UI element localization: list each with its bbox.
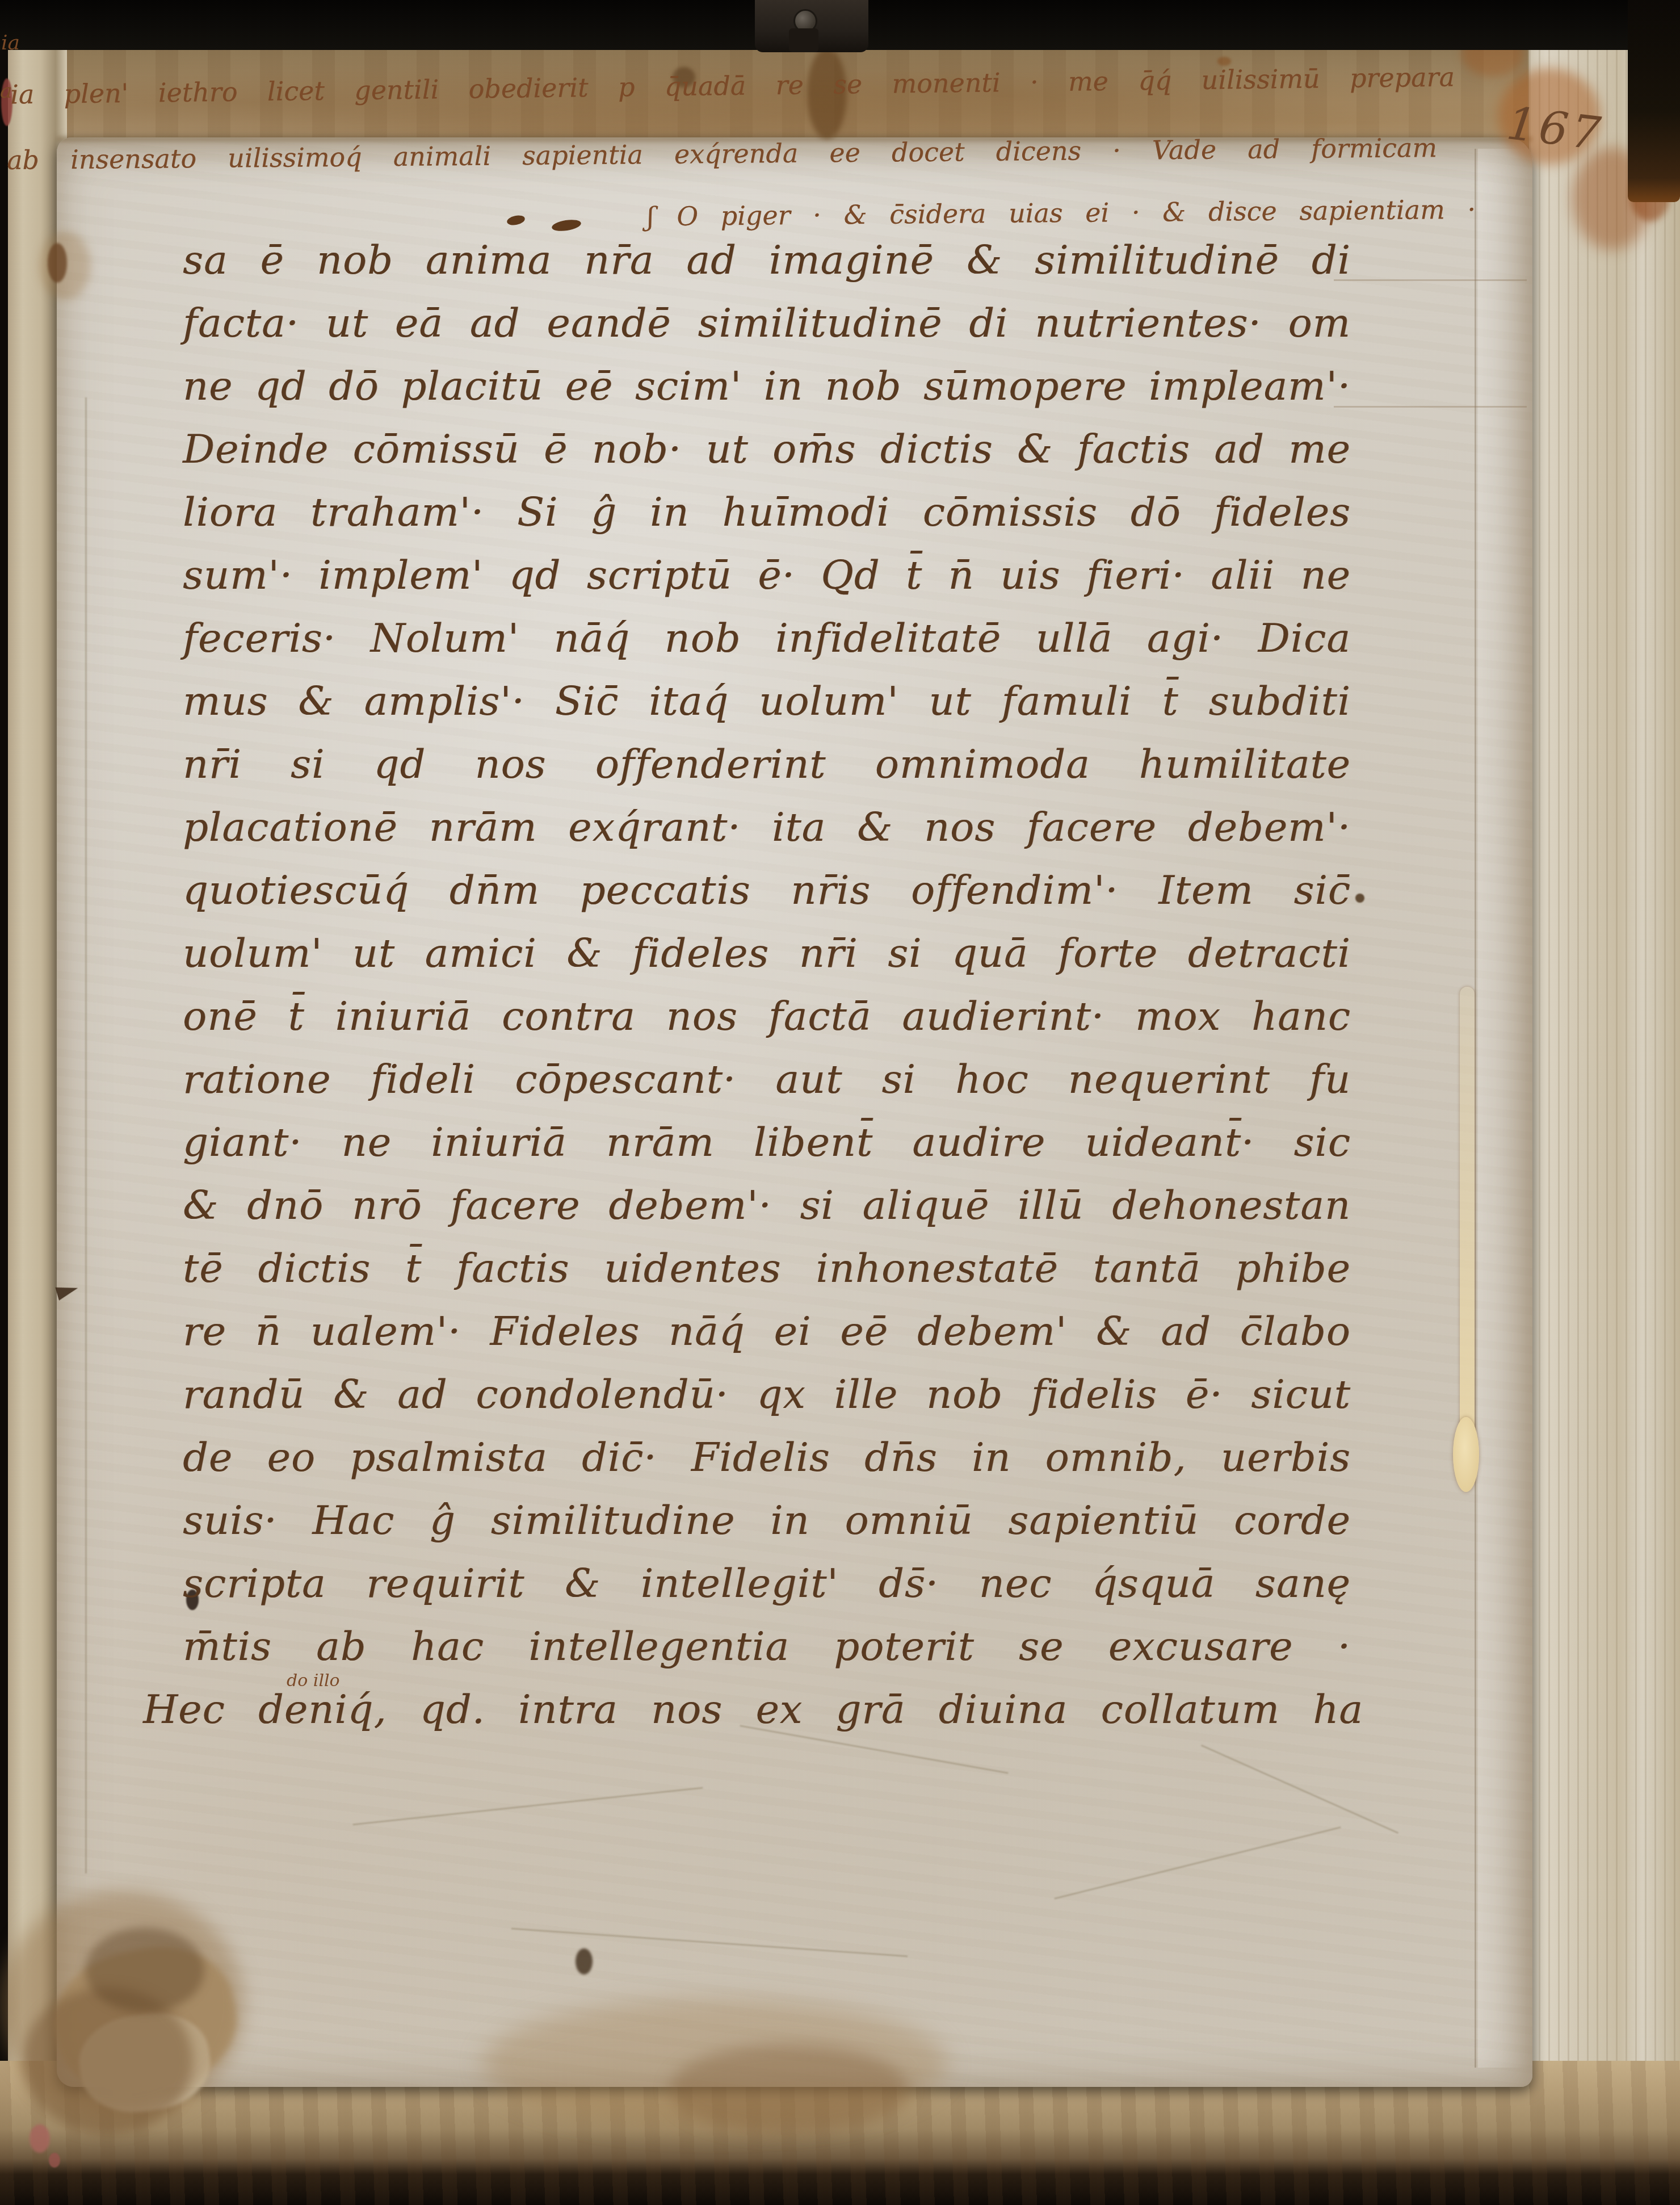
body-text-line: randū & ad condolendū· qx ille nob fidel… <box>183 1374 1351 1414</box>
body-text-line: mus & amplis'· Sic̄ itaq́ uolum' ut famu… <box>183 681 1351 721</box>
body-text-line: onē t̄ iniuriā contra nos factā audierin… <box>183 996 1351 1036</box>
body-text-line: quotiescūq́ dn̄m peccatis nr̄is offendim… <box>183 870 1351 910</box>
body-text-line: m̄tis ab hac intellegentia poterit se ex… <box>183 1626 1351 1666</box>
body-text-line: sum'· implem' qd scriptū ē· Qd t̄ n̄ uis… <box>183 555 1351 595</box>
page-fold-crease <box>1475 149 1476 2068</box>
body-text-line: feceris· Nolum' nāq́ nob infidelitatē ul… <box>183 618 1351 658</box>
body-text-line: Deinde cōmissū ē nob· ut om̄s dictis & f… <box>183 429 1351 469</box>
ruling-line <box>1334 279 1527 281</box>
body-text-line: uolum' ut amici & fideles nr̄i si quā fo… <box>183 933 1351 973</box>
wax-drip-droplet <box>1453 1417 1479 1492</box>
wax-drip <box>1460 987 1475 1435</box>
top-margin-gloss-line: ʃ O piger · & c̄sidera uias ei · & disce… <box>647 196 1476 230</box>
body-text-line: liora traham'· Si ĝ in huīmodi cōmissis … <box>183 492 1351 532</box>
clasp-tail <box>789 28 818 52</box>
body-text-line: scripta requirit & intellegit' ds̄· nec … <box>183 1563 1351 1603</box>
body-text-line: de eo psalmista dic̄· Fidelis dn̄s in om… <box>183 1437 1351 1477</box>
body-text-line: nr̄i si qd nos offenderint omnimoda humi… <box>183 744 1351 784</box>
stain <box>1355 894 1364 903</box>
body-text-line: suis· Hac ĝ similitudine in omniū sapien… <box>183 1500 1351 1540</box>
body-text-line: giant· ne iniuriā nrām libent̄ audire ui… <box>183 1122 1351 1162</box>
body-text-line: & dnō nrō facere debem'· si aliquē illū … <box>183 1185 1351 1225</box>
ink-blot <box>48 243 67 283</box>
red-speck <box>30 2124 50 2153</box>
manuscript-photo: { "manuscript": { "folio_number": "167",… <box>0 0 1680 2205</box>
body-text-line: tē dictis t̄ factis uidentes inhonestatē… <box>183 1248 1351 1288</box>
body-text-line: sa ē nob anima nr̄a ad imaginē & similit… <box>183 240 1351 280</box>
fore-edge-pages <box>1528 48 1680 2177</box>
stain <box>576 1948 593 1975</box>
clasp-remnant-icon <box>755 0 868 52</box>
stain <box>85 1927 204 2013</box>
body-text-line: re n̄ ualem'· Fideles nāq́ ei eē debem' … <box>183 1311 1351 1351</box>
ruling-line <box>1334 406 1527 408</box>
crease-line <box>85 397 87 1873</box>
edge-fragment: ia <box>1 31 20 55</box>
body-text-line: facta· ut eā ad eandē similitudinē di nu… <box>183 303 1351 343</box>
body-text-line: ratione fideli cōpescant· aut si hoc neq… <box>183 1059 1351 1099</box>
strap-remnant-icon <box>1628 0 1680 202</box>
body-text-line: placationē nrām exq́rant· ita & nos face… <box>183 807 1351 847</box>
body-text-line: ne qd dō placitū eē scim' in nob sūmoper… <box>183 366 1351 406</box>
stain <box>670 2044 908 2135</box>
page-fold-highlight <box>1478 149 1527 2068</box>
body-text-line: Hec deniq́, qd. intra nos ex grā diuina … <box>143 1690 1363 1729</box>
red-speck <box>49 2153 60 2168</box>
